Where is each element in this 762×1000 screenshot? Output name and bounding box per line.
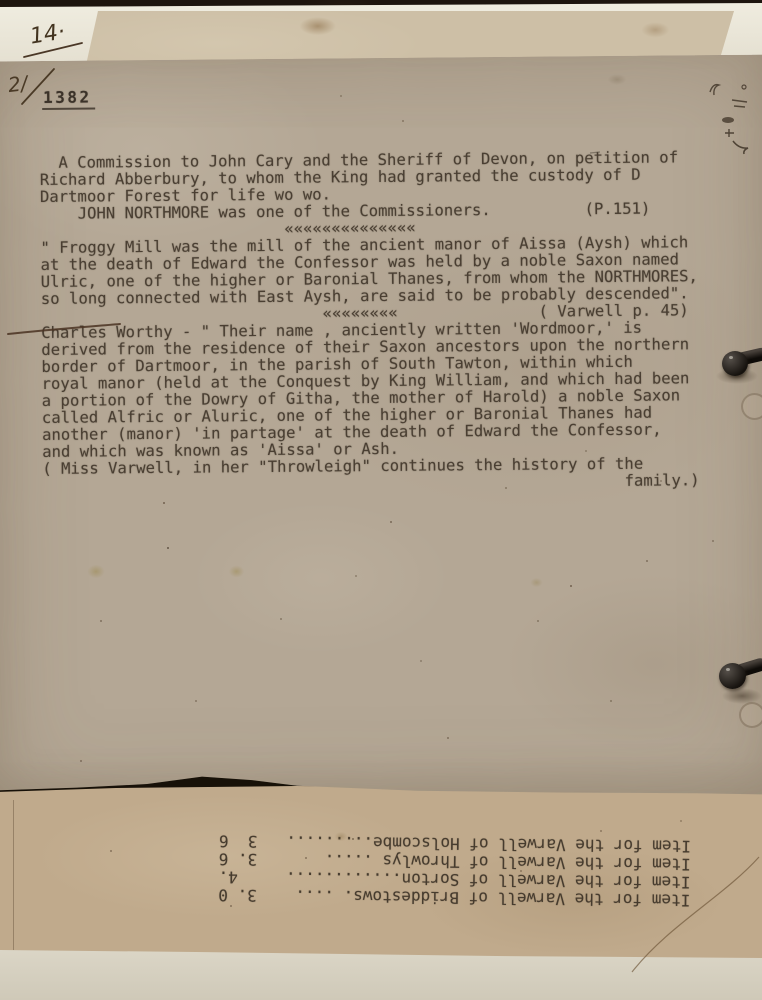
fastener-glint [726,668,730,671]
typed-line: family.) [42,472,742,495]
binder-fastener [719,663,746,689]
binder-fastener [722,351,748,376]
fastener-glint [729,356,733,359]
handwritten-page-number: 2/ [7,71,29,97]
fastener-shadow [722,688,762,704]
archival-photo: Item for the Varwell of Briddestows. ...… [0,0,762,1000]
typed-text-block: A Commission to John Cary and the Sherif… [39,98,742,495]
punch-hole [741,393,762,420]
reverse-page-fragment: Item for the Varwell of Briddestows. ...… [0,786,762,962]
paper-edge-crease [13,800,14,950]
document-page: 1382 A Commission to John Cary and the S… [0,55,762,804]
punch-hole [739,702,762,728]
reverse-typed-text: Item for the Varwell of Briddestows. ...… [182,883,691,963]
